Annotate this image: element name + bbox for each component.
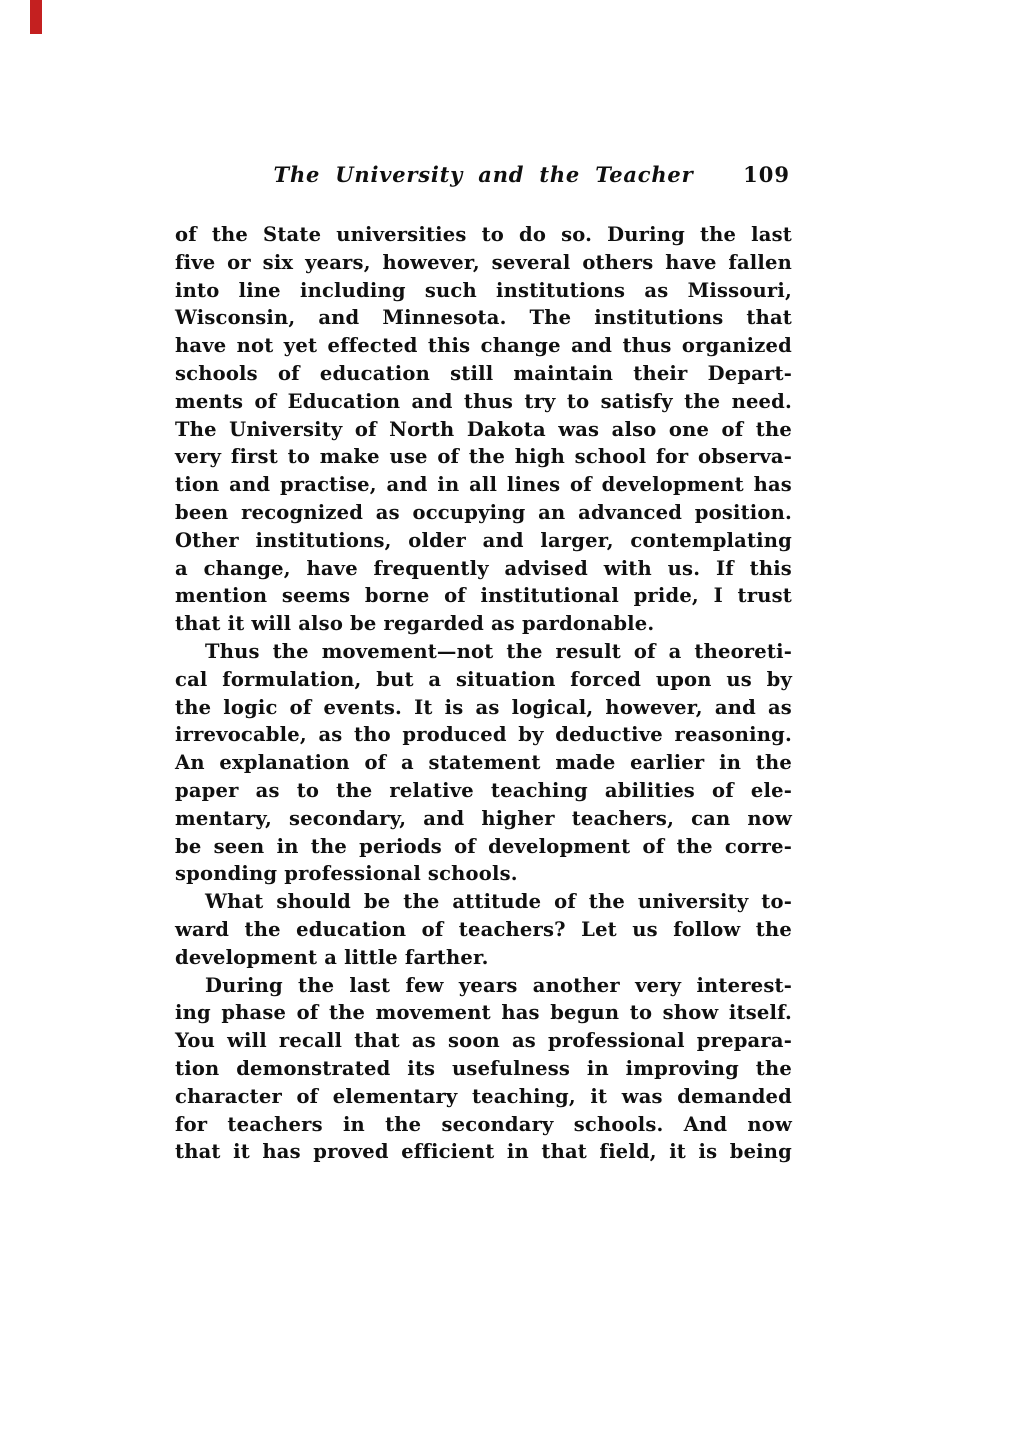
text-line: ward the education of teachers? Let us f… [175, 916, 792, 944]
text-line: ing phase of the movement has begun to s… [175, 999, 792, 1027]
text-line: Thus the movement—not the result of a th… [175, 638, 792, 666]
text-line: into line including such institutions as… [175, 277, 792, 305]
text-line: sponding professional schools. [175, 860, 792, 888]
text-line: paper as to the relative teaching abilit… [175, 777, 792, 805]
text-line: the logic of events. It is as logical, h… [175, 694, 792, 722]
text-line: cal formulation, but a situation forced … [175, 666, 792, 694]
text-line: five or six years, however, several othe… [175, 249, 792, 277]
text-line: for teachers in the secondary schools. A… [175, 1111, 792, 1139]
text-line: of the State universities to do so. Duri… [175, 221, 792, 249]
text-line: very first to make use of the high schoo… [175, 443, 792, 471]
text-line: been recognized as occupying an advanced… [175, 499, 792, 527]
text-line: be seen in the periods of development of… [175, 833, 792, 861]
text-line: Wisconsin, and Minnesota. The institutio… [175, 304, 792, 332]
text-line: The University of North Dakota was also … [175, 416, 792, 444]
text-line: character of elementary teaching, it was… [175, 1083, 792, 1111]
running-title: The University and the Teacher [175, 162, 792, 187]
text-line: tion and practise, and in all lines of d… [175, 471, 792, 499]
text-line: mention seems borne of institutional pri… [175, 582, 792, 610]
book-page: The University and the Teacher 109 of th… [0, 0, 1010, 1454]
text-line: irrevocable, as tho produced by deductiv… [175, 721, 792, 749]
text-line: that it has proved efficient in that fie… [175, 1138, 792, 1166]
text-line: Other institutions, older and larger, co… [175, 527, 792, 555]
page-header: The University and the Teacher 109 [175, 162, 792, 192]
text-line: ments of Education and thus try to satis… [175, 388, 792, 416]
text-line: An explanation of a statement made earli… [175, 749, 792, 777]
page-number: 109 [743, 162, 790, 187]
text-line: have not yet effected this change and th… [175, 332, 792, 360]
text-line: What should be the attitude of the unive… [175, 888, 792, 916]
text-line: development a little farther. [175, 944, 792, 972]
text-line: tion demonstrated its usefulness in impr… [175, 1055, 792, 1083]
red-scan-mark [30, 0, 42, 34]
text-line: schools of education still maintain thei… [175, 360, 792, 388]
text-line: mentary, secondary, and higher teachers,… [175, 805, 792, 833]
text-line: a change, have frequently advised with u… [175, 555, 792, 583]
text-line: You will recall that as soon as professi… [175, 1027, 792, 1055]
text-line: that it will also be regarded as pardona… [175, 610, 792, 638]
text-line: During the last few years another very i… [175, 972, 792, 1000]
text-block: of the State universities to do so. Duri… [175, 221, 792, 1166]
